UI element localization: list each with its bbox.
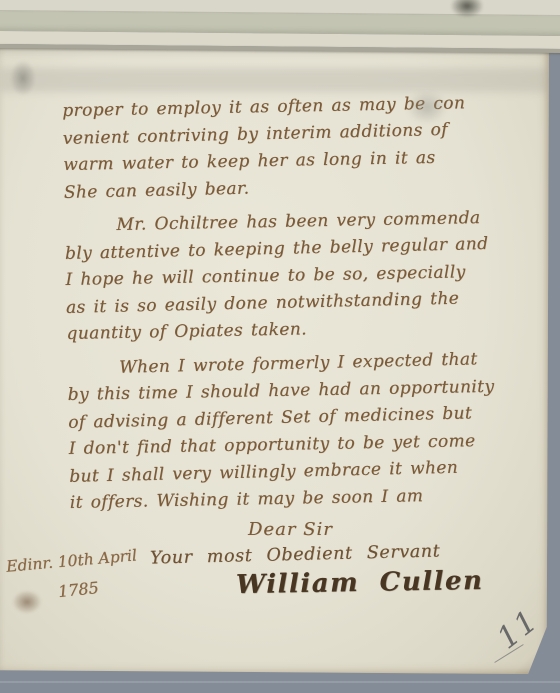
letter-body-text: proper to employ it as often as may be c… — [62, 90, 490, 517]
dateline-place-date: Edinr. 10th April — [5, 546, 137, 575]
gray-stain-upper-right — [406, 90, 448, 124]
closing-salutation: Dear Sir — [248, 519, 333, 540]
paper-wash-stain — [0, 68, 549, 92]
dateline-year: 1785 — [57, 578, 99, 601]
backdrop-seam-line — [0, 681, 560, 683]
brown-stain-bottom-left — [12, 590, 42, 614]
page-corner-dog-ear — [515, 640, 549, 674]
scanned-letter-photo: proper to employ it as often as may be c… — [0, 0, 560, 693]
closing-valediction: Your most Obedient Servant — [150, 541, 441, 568]
ink-smudge-top-left — [10, 60, 36, 96]
letter-page: proper to employ it as often as may be c… — [0, 46, 549, 674]
signature-william-cullen: William Cullen — [236, 566, 484, 600]
